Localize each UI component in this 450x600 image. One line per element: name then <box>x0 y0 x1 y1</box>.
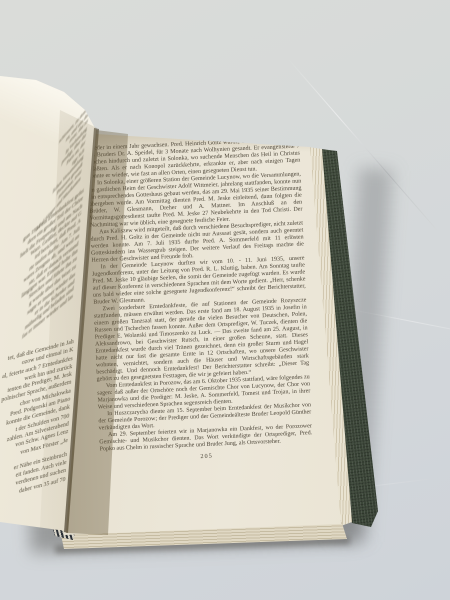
paragraph: Zwei sonderbare Erntedankfeste, die auf … <box>93 297 309 383</box>
book-photo: schlossen, zu dem Gen, und uns dererste,… <box>0 0 450 600</box>
